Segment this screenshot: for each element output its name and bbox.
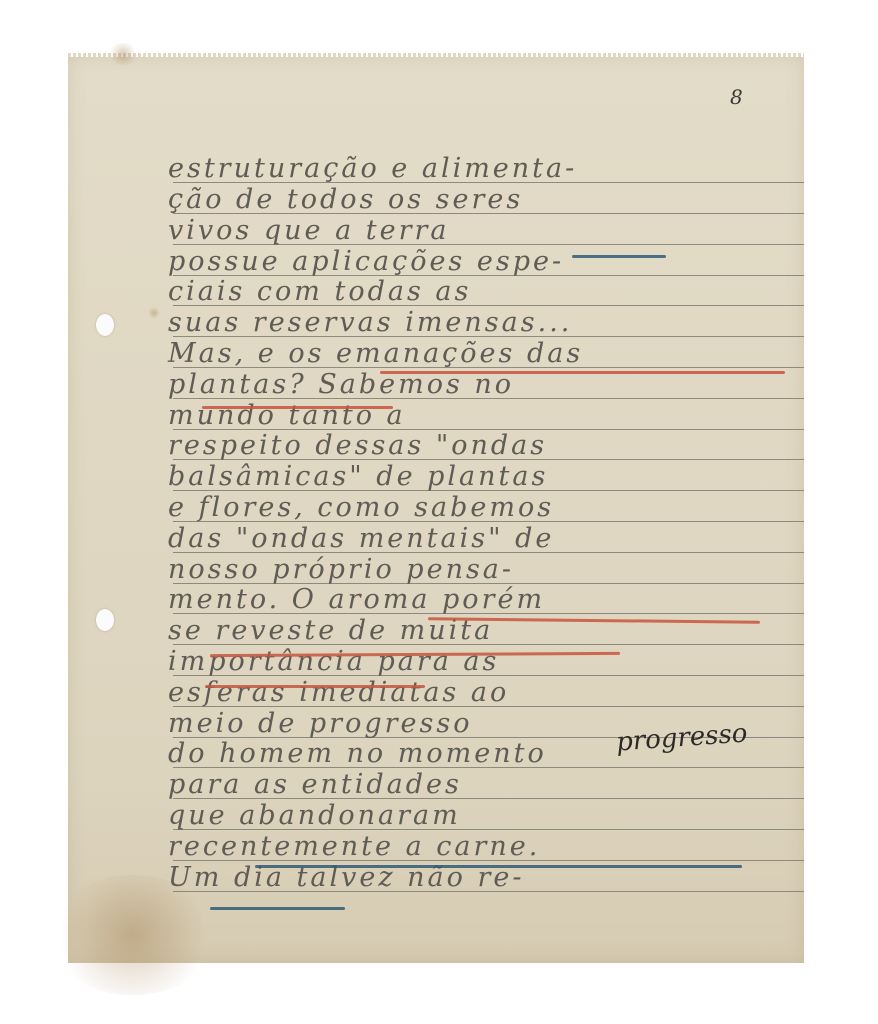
text-line: plantas? Sabemos no [168, 370, 798, 400]
text-line: vivos que a terra [168, 216, 798, 246]
text-line: ciais com todas as [168, 277, 798, 307]
text-line: esferas imediatas ao [168, 678, 798, 708]
age-stain [48, 875, 218, 995]
text-line: para as entidades [168, 770, 798, 800]
text-line: recentemente a carne. [168, 832, 798, 862]
age-stain [148, 307, 160, 319]
page-number: 8 [730, 85, 743, 109]
red-underline-importancia [205, 685, 425, 688]
text-line: que abandonaram [168, 801, 798, 831]
text-line: respeito dessas "ondas [168, 431, 798, 461]
manuscript-page: 8 estruturação e alimenta- ção de todos … [68, 55, 804, 963]
text-line: nosso próprio pensa- [168, 555, 798, 585]
perforated-top-edge [68, 53, 804, 57]
text-line: das "ondas mentais" de [168, 524, 798, 554]
text-line: Mas, e os emanações das [168, 339, 798, 369]
text-line: ção de todos os seres [168, 185, 798, 215]
punch-hole-bottom [96, 609, 114, 631]
text-line: importância para as [168, 647, 798, 677]
text-line: e flores, como sabemos [168, 493, 798, 523]
text-line: possue aplicações espe- [168, 247, 798, 277]
blue-underline-um-dia [210, 907, 345, 910]
text-line: estruturação e alimenta- [168, 154, 798, 184]
punch-hole-top [96, 314, 114, 336]
text-line: suas reservas imensas... [168, 308, 798, 338]
age-stain [108, 43, 138, 65]
red-underline-plantas [202, 406, 393, 409]
blue-underline-recentemente [255, 865, 742, 868]
text-line: mento. O aroma porém [168, 585, 798, 615]
text-line: balsâmicas" de plantas [168, 462, 798, 492]
red-underline-emanacoes [380, 371, 785, 374]
blue-underline-terra [572, 255, 666, 258]
